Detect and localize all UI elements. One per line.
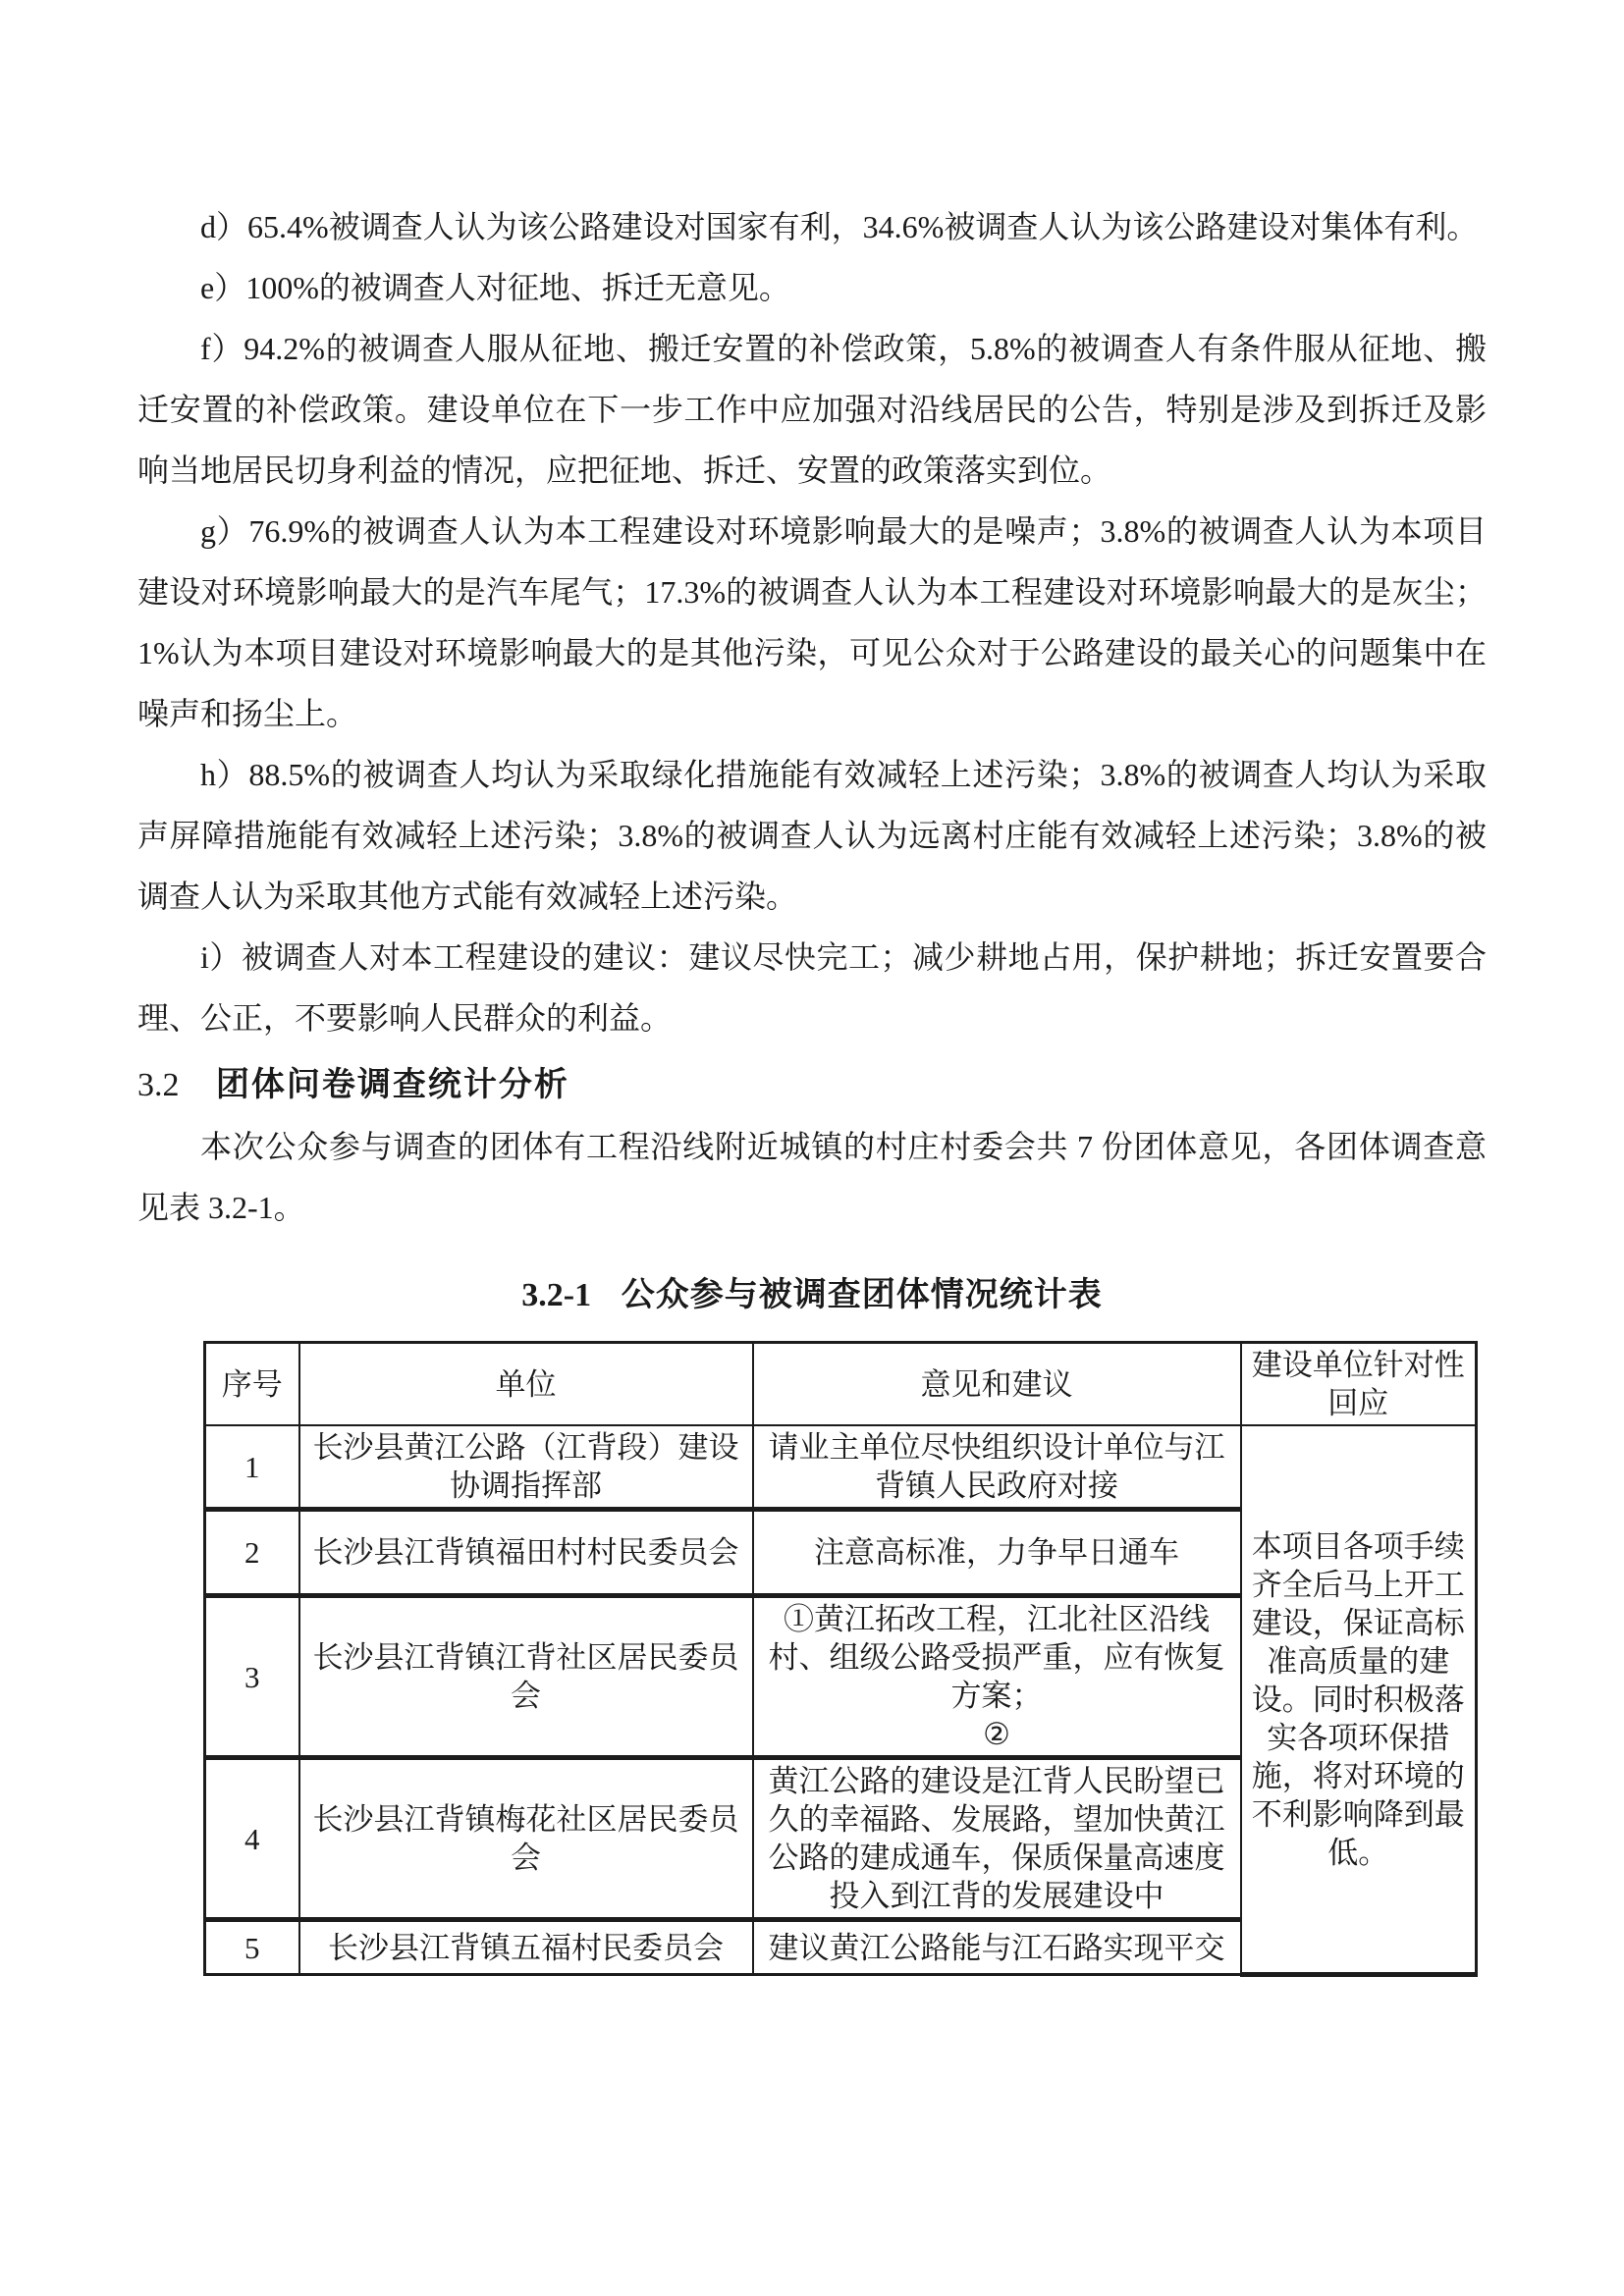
cell-serial: 3 [205, 1596, 299, 1758]
paragraph-f: f）94.2%的被调查人服从征地、搬迁安置的补偿政策，5.8%的被调查人有条件服… [137, 318, 1487, 501]
cell-unit: 长沙县江背镇五福村民委员会 [299, 1920, 753, 1975]
cell-opinion: 黄江公路的建设是江背人民盼望已久的幸福路、发展路，望加快黄江公路的建成通车，保质… [753, 1758, 1241, 1920]
cell-opinion: ①黄江拓改工程，江北社区沿线村、组级公路受损严重，应有恢复方案； ② [753, 1596, 1241, 1758]
cell-serial: 1 [205, 1425, 299, 1510]
section-heading: 3.2团体问卷调查统计分析 [137, 1054, 1487, 1116]
section-number: 3.2 [137, 1067, 180, 1103]
table-header-row: 序号 单位 意见和建议 建设单位针对性回应 [205, 1343, 1477, 1426]
paragraph-i: i）被调查人对本工程建设的建议：建议尽快完工；减少耕地占用，保护耕地；拆迁安置要… [137, 927, 1487, 1048]
section-intro-paragraph: 本次公众参与调查的团体有工程沿线附近城镇的村庄村委会共 7 份团体意见，各团体调… [137, 1116, 1487, 1238]
paragraph-d: d）65.4%被调查人认为该公路建设对国家有利，34.6%被调查人认为该公路建设… [137, 196, 1487, 257]
table-row: 1 长沙县黄江公路（江背段）建设协调指挥部 请业主单位尽快组织设计单位与江背镇人… [205, 1425, 1477, 1510]
paragraph-e: e）100%的被调查人对征地、拆迁无意见。 [137, 257, 1487, 318]
paragraph-h: h）88.5%的被调查人均认为采取绿化措施能有效减轻上述污染；3.8%的被调查人… [137, 744, 1487, 927]
header-serial: 序号 [205, 1343, 299, 1426]
header-unit: 单位 [299, 1343, 753, 1426]
table-caption: 3.2-1公众参与被调查团体情况统计表 [137, 1275, 1487, 1315]
cell-opinion: 注意高标准，力争早日通车 [753, 1510, 1241, 1596]
group-survey-table: 序号 单位 意见和建议 建设单位针对性回应 1 长沙县黄江公路（江背段）建设协调… [203, 1341, 1478, 1977]
cell-serial: 2 [205, 1510, 299, 1596]
document-page: d）65.4%被调查人认为该公路建设对国家有利，34.6%被调查人认为该公路建设… [0, 0, 1624, 2296]
page-content: d）65.4%被调查人认为该公路建设对国家有利，34.6%被调查人认为该公路建设… [137, 196, 1487, 1977]
header-response: 建设单位针对性回应 [1241, 1343, 1477, 1426]
cell-unit: 长沙县江背镇福田村村民委员会 [299, 1510, 753, 1596]
table-caption-number: 3.2-1 [521, 1277, 591, 1313]
paragraph-g: g）76.9%的被调查人认为本工程建设对环境影响最大的是噪声；3.8%的被调查人… [137, 501, 1487, 744]
section-title: 团体问卷调查统计分析 [216, 1066, 569, 1103]
table-caption-title: 公众参与被调查团体情况统计表 [622, 1276, 1103, 1313]
cell-unit: 长沙县江背镇江背社区居民委员会 [299, 1596, 753, 1758]
cell-merged-response: 本项目各项手续齐全后马上开工建设，保证高标准高质量的建设。同时积极落实各项环保措… [1241, 1425, 1477, 1975]
cell-unit: 长沙县江背镇梅花社区居民委员会 [299, 1758, 753, 1920]
cell-opinion: 请业主单位尽快组织设计单位与江背镇人民政府对接 [753, 1425, 1241, 1510]
cell-serial: 5 [205, 1920, 299, 1975]
header-opinion: 意见和建议 [753, 1343, 1241, 1426]
cell-opinion: 建议黄江公路能与江石路实现平交 [753, 1920, 1241, 1975]
cell-unit: 长沙县黄江公路（江背段）建设协调指挥部 [299, 1425, 753, 1510]
cell-serial: 4 [205, 1758, 299, 1920]
